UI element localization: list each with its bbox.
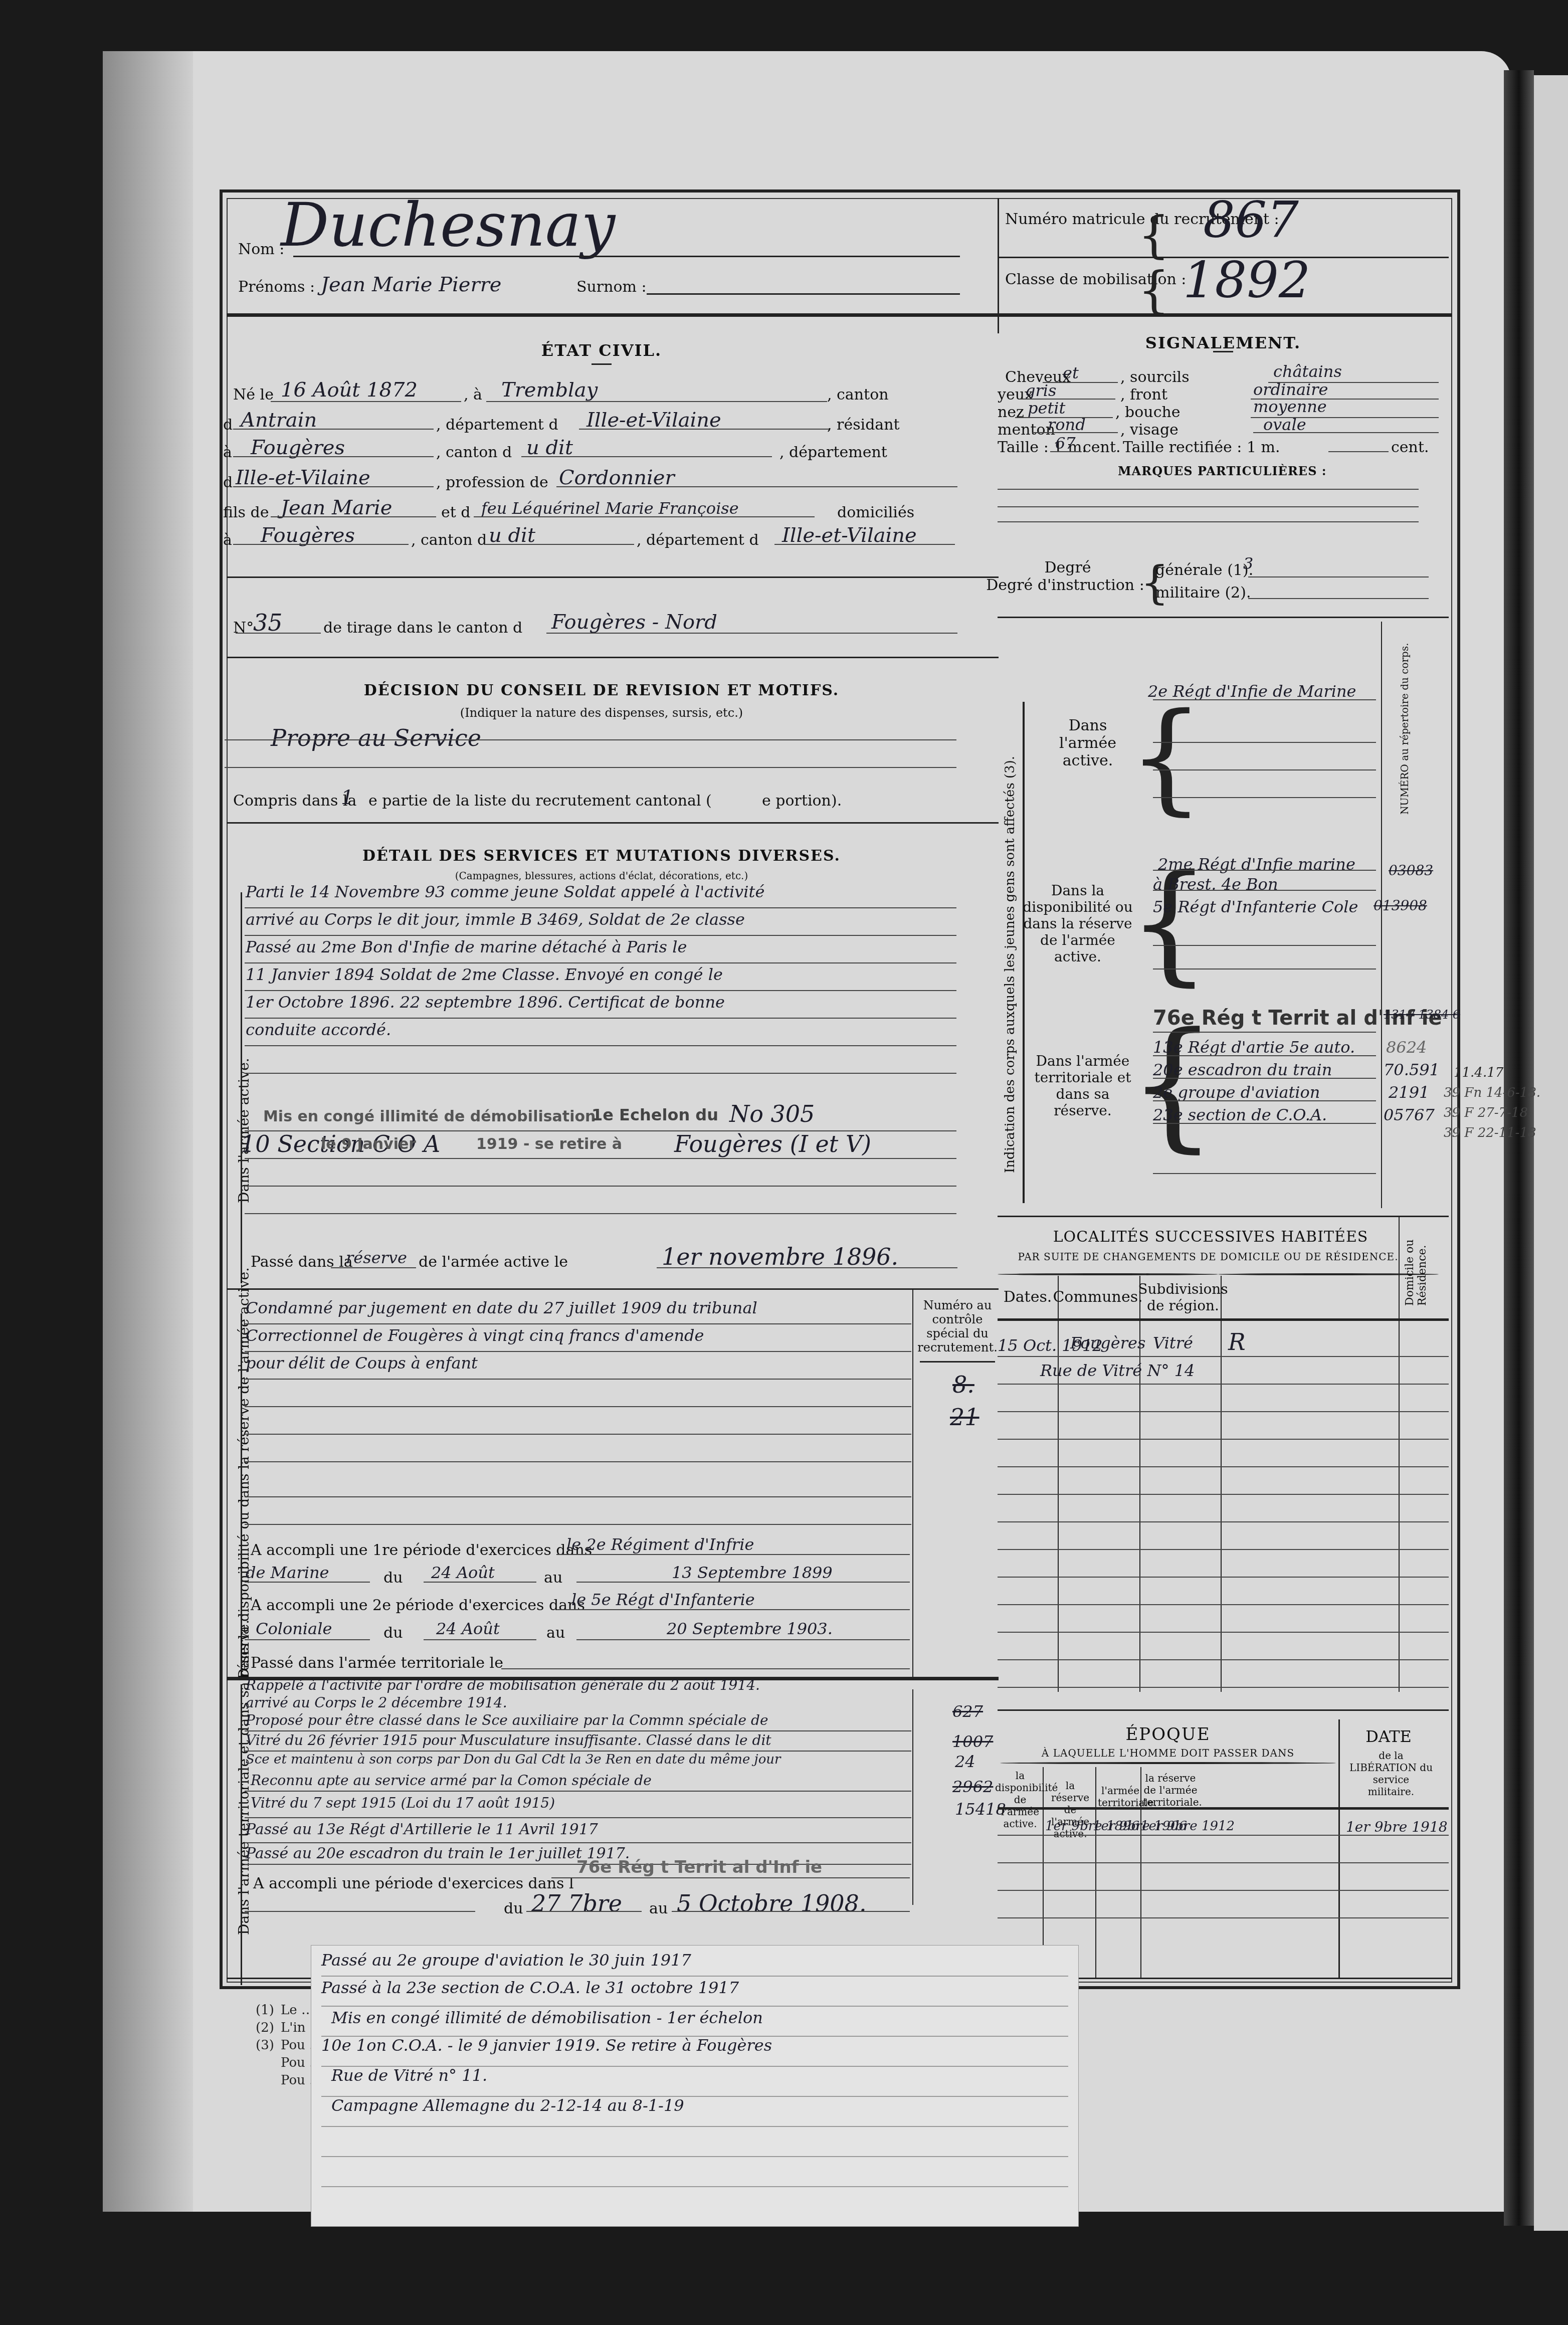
compris-middle: e partie de la liste du recrutement cant… xyxy=(368,792,712,810)
slip-line-1: Passé au 2e groupe d'aviation le 30 juin… xyxy=(321,1951,691,1970)
terr-line-text-1: Rappelé à l'activité par l'ordre de mobi… xyxy=(246,1677,760,1693)
taille-underline xyxy=(1050,451,1080,452)
loc-row-rule-4 xyxy=(998,1439,1449,1440)
terr-numero-3: 70.591 xyxy=(1384,1060,1440,1079)
epoque-rule-1 xyxy=(998,1835,1449,1836)
canton3-underline xyxy=(484,544,634,545)
terr-controle-divider xyxy=(912,1689,913,1905)
departement-underline xyxy=(579,429,830,430)
canton2-underline xyxy=(521,456,772,457)
localites-header-rule xyxy=(998,1318,1449,1321)
tirage-no-value: 35 xyxy=(253,609,283,636)
terr-line-6 xyxy=(1153,1173,1376,1174)
prenoms-label: Prénoms : xyxy=(238,278,315,296)
dispo-line-1 xyxy=(1153,870,1376,871)
controle-value-2: 21 xyxy=(950,1404,979,1431)
loc-row-rule-2 xyxy=(998,1384,1449,1385)
armee-active-line-2 xyxy=(1153,742,1376,743)
departement2-d-label: d xyxy=(223,474,233,491)
terr-rule-4 xyxy=(245,1817,911,1818)
dispo-rule-1 xyxy=(245,1323,911,1324)
canton-label: , canton xyxy=(827,386,889,404)
slip-line-2: Passé à la 23e section de C.O.A. le 31 o… xyxy=(321,1978,739,1997)
page-shadow xyxy=(103,51,193,2212)
periode2-value2: Coloniale xyxy=(256,1619,332,1638)
terr-rule-5 xyxy=(245,1842,911,1843)
domicilies-label: domiciliés xyxy=(837,504,914,521)
dispo-numero-3: 013908 xyxy=(1374,897,1427,914)
dispo-entry-2: à Brest. 4e Bon xyxy=(1153,875,1278,894)
passe-reserve-underline xyxy=(331,1267,416,1268)
tirage-canton-label: de tirage dans le canton d xyxy=(323,619,522,637)
armee-active-brace: { xyxy=(1128,687,1205,827)
sourcils-label: , sourcils xyxy=(1120,368,1190,386)
controle-divider xyxy=(912,1288,913,1679)
col-domicile: Domicile ou Résidence. xyxy=(1404,1216,1429,1306)
epoque-col-reserve-terr: la réserve de l'armée territoriale. xyxy=(1143,1772,1198,1808)
terr-line-4 xyxy=(1153,1100,1376,1101)
taille-rect-label: Taille rectifiée : 1 m. xyxy=(1123,439,1280,456)
compris-prefix: Compris dans la xyxy=(233,792,356,810)
a-underline xyxy=(486,401,827,402)
nez-label: nez xyxy=(998,404,1024,421)
epoque-rule-2 xyxy=(998,1862,1449,1863)
decision-line-2 xyxy=(225,767,956,768)
tirage-bottom-rule xyxy=(227,657,999,658)
periode1-au: au xyxy=(544,1569,562,1587)
services-line-3: Passé au 2me Bon d'Infie de marine détac… xyxy=(246,937,687,956)
book-gutter xyxy=(1504,70,1534,2226)
front-value: ordinaire xyxy=(1253,380,1328,399)
periode2-du: du xyxy=(383,1624,403,1642)
terr-line-text-4: Vitré du 26 février 1915 pour Musculatur… xyxy=(246,1732,771,1749)
next-page-edge xyxy=(1534,75,1568,2231)
terr-periode-to: 5 Octobre 1908. xyxy=(677,1890,867,1917)
ne-le-value: 16 Août 1872 xyxy=(281,378,418,402)
terr-rule-1 xyxy=(245,1730,911,1731)
loc-row-rule-10 xyxy=(998,1604,1449,1605)
services-line-1: Parti le 14 Novembre 93 comme jeune Sold… xyxy=(246,882,764,901)
compris-value: 1 xyxy=(341,786,353,809)
periode2-value: le 5e Régt d'Infanterie xyxy=(571,1590,755,1609)
loc-address: Rue de Vitré N° 14 xyxy=(1040,1361,1195,1380)
terr-rule-3 xyxy=(245,1791,911,1792)
cheveux-value: et xyxy=(1063,363,1079,382)
terr-entry-4: 2e groupe d'aviation xyxy=(1153,1083,1320,1102)
loc-row-rule-11 xyxy=(998,1632,1449,1633)
terr-entry-3: 20e escadron du train xyxy=(1153,1060,1332,1079)
epoque-brace xyxy=(1000,1762,1336,1764)
terr-line-text-9: Passé au 20e escadron du train le 1er ju… xyxy=(246,1845,630,1862)
mere-value: feu Léquérinel Marie Françoise xyxy=(481,499,739,518)
localites-brace-left xyxy=(998,1273,1218,1275)
nom-label: Nom : xyxy=(238,241,284,258)
demob-no: No 305 xyxy=(729,1100,815,1127)
liberation-sub: de la LIBÉRATION du service militaire. xyxy=(1348,1750,1434,1798)
loc-row-rule-5 xyxy=(998,1466,1449,1467)
periode2-to: 20 Septembre 1903. xyxy=(667,1619,833,1638)
terr-side-label: Dans l'armée territoriale et dans sa rés… xyxy=(236,1620,252,1935)
decision-title: DÉCISION DU CONSEIL DE REVISION ET MOTIF… xyxy=(364,682,839,699)
loc-row-rule-6 xyxy=(998,1494,1449,1495)
footnote-1-mark: (1) xyxy=(256,2003,274,2018)
etat-civil-bottom-rule xyxy=(227,576,999,578)
marques-line-3 xyxy=(998,521,1419,522)
armee-active-line-1 xyxy=(1153,699,1376,700)
terr-line-text-7: Vitré du 7 sept 1915 (Loi du 17 août 191… xyxy=(251,1795,555,1811)
epoque-col-territoriale: l'armée territoriale. xyxy=(1098,1785,1143,1809)
terr-periode-underline xyxy=(551,1877,910,1878)
loc-row-rule-7 xyxy=(998,1521,1449,1522)
corps-bottom-rule xyxy=(998,1216,1449,1217)
loc-type: R xyxy=(1228,1328,1246,1355)
demob-echelon: 1e Echelon du xyxy=(592,1105,718,1124)
services-title: DÉTAIL DES SERVICES ET MUTATIONS DIVERSE… xyxy=(362,847,841,865)
tirage-no-label: N° xyxy=(233,619,254,637)
taille-value: 67 xyxy=(1055,434,1076,453)
nom-value: Duchesnay xyxy=(281,190,615,260)
dispo-rule-4 xyxy=(245,1406,911,1407)
margin-note-1: 11.4.17 xyxy=(1454,1065,1503,1080)
terr-line-1 xyxy=(1153,1032,1376,1033)
ne-le-label: Né le xyxy=(233,386,274,404)
liberation-value: 1er 9bre 1918 xyxy=(1346,1819,1448,1835)
periode2-from-underline xyxy=(424,1639,536,1640)
services-line-2: arrivé au Corps le dit jour, immle B 346… xyxy=(246,910,745,929)
decision-bottom-rule xyxy=(227,822,999,824)
epoque-header-rule xyxy=(998,1807,1449,1810)
terr-entry-5: 23e section de C.O.A. xyxy=(1153,1105,1327,1124)
decision-value: Propre au Service xyxy=(271,724,481,751)
classe-brace: { xyxy=(1138,261,1170,319)
periode2-label: A accompli une 2e période d'exercices da… xyxy=(251,1597,585,1614)
loc-subdivision: Vitré xyxy=(1153,1333,1193,1352)
localites-title: LOCALITÉS SUCCESSIVES HABITÉES xyxy=(1053,1228,1368,1246)
services-bottom-rule xyxy=(227,1288,999,1290)
surnom-label: Surnom : xyxy=(576,278,647,296)
marques-label: MARQUES PARTICULIÈRES : xyxy=(1118,464,1327,478)
passe-reserve-mid: de l'armée active le xyxy=(419,1253,568,1271)
profession-underline xyxy=(556,486,957,487)
demob-stamp: Mis en congé illimité de démobilisation xyxy=(263,1108,596,1125)
generale-value: 3 xyxy=(1243,554,1253,573)
periode1-from: 24 Août xyxy=(431,1563,495,1582)
services-rule-3 xyxy=(245,962,956,963)
services-rule-7 xyxy=(245,1073,956,1074)
periode1-du: du xyxy=(383,1569,403,1587)
periode1-value2-underline xyxy=(245,1582,370,1583)
menton-value: rond xyxy=(1048,415,1086,434)
periode1-to: 13 Septembre 1899 xyxy=(672,1563,833,1582)
slip-line-3: Mis en congé illimité de démobilisation … xyxy=(331,2008,763,2027)
epoque-subtitle: À LAQUELLE L'HOMME DOIT PASSER DANS xyxy=(1042,1747,1294,1759)
classe-value: 1892 xyxy=(1183,251,1311,309)
matricule-brace: { xyxy=(1138,206,1170,264)
taille-rect-underline xyxy=(1328,451,1389,452)
terr-periode-from-underline xyxy=(526,1911,642,1912)
matricule-value: 867 xyxy=(1203,190,1299,249)
periode1-from-underline xyxy=(424,1582,536,1583)
marques-line-1 xyxy=(998,489,1419,490)
mere-underline xyxy=(474,516,815,517)
localites-bottom-rule xyxy=(998,1709,1449,1711)
slip-rule xyxy=(321,1976,1068,1977)
services-rule-11 xyxy=(245,1213,956,1214)
loc-row-rule-8 xyxy=(998,1549,1449,1550)
departement2-label: , département xyxy=(779,444,887,461)
demob-line2-place: Fougères (I et V) xyxy=(674,1130,871,1157)
armee-active-line-4 xyxy=(1153,797,1376,798)
domicile-underline xyxy=(233,544,409,545)
surnom-underline xyxy=(647,293,960,295)
canton-d-label: d xyxy=(223,416,233,434)
numero-label: NUMÉRO au répertoire du corps. xyxy=(1399,643,1411,815)
dispo-entry-3: 5e Régt d'Infanterie Cole xyxy=(1153,897,1358,916)
dispo-rule-5 xyxy=(245,1434,911,1435)
terr-controle-4: 2962 xyxy=(952,1777,993,1796)
dispo-rule-2 xyxy=(245,1351,911,1352)
passe-territoriale-underline xyxy=(501,1668,910,1669)
instruction-bottom-rule xyxy=(998,617,1449,618)
dispo-entry-1: 2me Régt d'Infie marine xyxy=(1158,855,1355,874)
margin-note-2: 39 Fn 14-6-18. xyxy=(1444,1085,1540,1100)
passe-reserve-date-underline xyxy=(657,1267,957,1268)
pasted-slip: Passé au 2e groupe d'aviation le 30 juin… xyxy=(311,1945,1079,2227)
dispo-line-2 xyxy=(1153,890,1376,891)
canton-underline xyxy=(233,429,434,430)
terr-controle-3: 24 xyxy=(955,1752,975,1771)
services-rule-10 xyxy=(245,1186,956,1187)
col-subdivisions: Subdivisions de région. xyxy=(1138,1281,1228,1314)
terr-controle-1: 627 xyxy=(952,1702,983,1721)
epoque-col-2 xyxy=(1095,1767,1096,1978)
terr-periode-to-underline xyxy=(672,1911,910,1912)
controle-label: Numéro au contrôle spécial du recrutemen… xyxy=(917,1298,998,1354)
periode2-value2-underline xyxy=(245,1639,370,1640)
loc-row-rule-13 xyxy=(998,1687,1449,1688)
instruction-label-1: Degré xyxy=(1044,559,1091,576)
liberation-title: DATE xyxy=(1365,1727,1412,1746)
terr-numero-4: 2191 xyxy=(1389,1083,1429,1102)
instruction-label: Degré d'instruction : xyxy=(986,576,1144,594)
services-line-4: 11 Janvier 1894 Soldat de 2me Classe. En… xyxy=(246,965,723,984)
loc-row-rule-3 xyxy=(998,1411,1449,1412)
periode1-underline xyxy=(556,1554,910,1555)
taille-rect-cent: cent. xyxy=(1391,439,1429,456)
epoque-col-4 xyxy=(1338,1719,1340,1978)
slip-rule xyxy=(321,2156,1068,2157)
epoque-col-dispo: la disponibilité de l'armée active. xyxy=(995,1770,1045,1830)
loc-row-rule-1 xyxy=(998,1356,1449,1357)
residant-underline xyxy=(233,456,434,457)
terr-controle-2: 1007 xyxy=(952,1732,993,1751)
passe-reserve-value: réserve xyxy=(346,1248,407,1267)
localites-col-3 xyxy=(1221,1276,1222,1692)
residant-a-label: à xyxy=(223,444,232,461)
controle-value-1: 8. xyxy=(952,1371,974,1398)
terr-periode-stamp: 76e Rég t Territ al d'Inf ie xyxy=(576,1857,822,1877)
taille-cent: cent. xyxy=(1083,439,1120,456)
terr-rule-2 xyxy=(245,1751,911,1752)
bouche-label: , bouche xyxy=(1115,404,1181,421)
terr-line-text-2: arrivé au Corps le 2 décembre 1914. xyxy=(246,1694,507,1711)
marques-line-2 xyxy=(998,506,1419,507)
sourcils-value: châtains xyxy=(1273,362,1342,381)
controle-rule xyxy=(920,1361,995,1363)
et-de-label: et d xyxy=(441,504,471,521)
visage-underline xyxy=(1253,432,1439,433)
militaire-underline xyxy=(1248,598,1429,599)
menton-label: menton xyxy=(998,421,1055,439)
decision-subtitle: (Indiquer la nature des dispenses, sursi… xyxy=(460,706,743,720)
periode1-value2: de Marine xyxy=(246,1563,329,1582)
col-dates: Dates. xyxy=(1004,1288,1052,1306)
profession-label: , profession de xyxy=(436,474,548,491)
slip-line-5: Rue de Vitré n° 11. xyxy=(331,2066,487,2085)
dispo-line-text-3: pour délit de Coups à enfant xyxy=(246,1353,478,1373)
dispo-numero-2: 03083 xyxy=(1389,862,1433,879)
periode2-au: au xyxy=(546,1624,565,1642)
terr-periode-du: du xyxy=(504,1900,523,1917)
services-subtitle: (Campagnes, blessures, actions d'éclat, … xyxy=(455,870,748,882)
signalement-dash xyxy=(1213,351,1233,352)
dispo-rule-7 xyxy=(245,1496,911,1497)
terr-periode-au: au xyxy=(649,1900,668,1917)
terr-side-rule xyxy=(241,1684,242,1985)
tirage-no-underline xyxy=(236,633,321,634)
terr-periode-label: A accompli une période d'exercices dans … xyxy=(253,1875,574,1892)
terr-line-text-3: Proposé pour être classé dans le Sce aux… xyxy=(246,1712,768,1728)
a-value: Tremblay xyxy=(501,378,598,402)
slip-line-4: 10e 1on C.O.A. - le 9 janvier 1919. Se r… xyxy=(321,2036,772,2055)
disponibilite-label: Dans la disponibilité ou dans la réserve… xyxy=(1018,882,1138,965)
slip-rule xyxy=(321,2126,1068,2127)
visage-label: , visage xyxy=(1120,421,1179,439)
periode1-to-underline xyxy=(576,1582,910,1583)
services-rule-5 xyxy=(245,1018,956,1019)
ne-le-underline xyxy=(271,401,461,402)
tirage-canton-underline xyxy=(546,633,957,634)
services-line-5: 1er Octobre 1896. 22 septembre 1896. Cer… xyxy=(246,993,725,1012)
militaire-label: militaire (2). xyxy=(1155,584,1251,602)
bouche-value: moyenne xyxy=(1253,397,1327,416)
col-communes: Communes. xyxy=(1053,1288,1142,1306)
terr-numero-2: 8624 xyxy=(1386,1038,1427,1057)
departement2-underline xyxy=(233,486,434,487)
services-rule-4 xyxy=(245,990,956,991)
localites-col-4 xyxy=(1399,1216,1400,1692)
terr-periode-from: 27 7bre xyxy=(531,1890,622,1917)
terr-entry-2: 13e Régt d'artie 5e auto. xyxy=(1153,1038,1355,1057)
margin-note-3: 39 F 27-7-18. xyxy=(1444,1105,1532,1120)
terr-line-text-5: Sce et maintenu à son corps par Don du G… xyxy=(246,1752,780,1767)
dispo-rule-8 xyxy=(245,1524,911,1525)
dispo-rule-3 xyxy=(245,1379,911,1380)
epoque-rule-3 xyxy=(998,1890,1449,1891)
pere-underline xyxy=(271,516,436,517)
visage-value: ovale xyxy=(1263,415,1306,434)
signalement-title: SIGNALEMENT. xyxy=(1145,333,1301,352)
periode2-underline xyxy=(556,1609,910,1610)
etat-civil-title: ÉTAT CIVIL. xyxy=(541,341,662,360)
periode2-from: 24 Août xyxy=(436,1619,500,1638)
loc-row-rule-12 xyxy=(998,1659,1449,1660)
armee-active-entry: 2e Régt d'Infie de Marine xyxy=(1148,682,1356,701)
periode1-label: A accompli une 1re période d'exercices d… xyxy=(251,1541,592,1559)
menton-underline xyxy=(1033,432,1118,433)
services-rule-9 xyxy=(245,1158,956,1159)
epoque-rule-4 xyxy=(998,1917,1449,1918)
corps-side-label: Indication des corps auxquels les jeunes… xyxy=(1003,756,1018,1173)
terr-line-5 xyxy=(1153,1123,1376,1124)
prenoms-value: Jean Marie Pierre xyxy=(321,273,501,296)
periode1-value: le 2e Régiment d'Infrie xyxy=(566,1535,754,1554)
yeux-value: gris xyxy=(1025,381,1056,400)
dispo-line-text-1: Condamné par jugement en date du 27 juil… xyxy=(246,1298,757,1317)
epoque-title: ÉPOQUE xyxy=(1126,1724,1211,1745)
fils-de-label: fils de xyxy=(223,504,269,521)
passe-reserve-date: 1er novembre 1896. xyxy=(662,1243,898,1270)
residant-label: , résidant xyxy=(827,416,900,434)
footnote-2-mark: (2) xyxy=(256,2020,274,2035)
territoriale-label: Dans l'armée territoriale et dans sa rés… xyxy=(1033,1053,1133,1119)
dispo-line-4 xyxy=(1153,968,1376,970)
generale-label: générale (1). xyxy=(1155,561,1253,579)
armee-active-label: Dans l'armée active. xyxy=(1048,717,1128,769)
canton3-label: , canton d xyxy=(411,531,487,549)
header-bottom-rule xyxy=(227,313,1452,317)
periode2-to-underline xyxy=(576,1639,910,1640)
departement-label: , département d xyxy=(436,416,558,434)
passe-territoriale-label: Passé dans l'armée territoriale le xyxy=(251,1654,503,1672)
margin-note-4: 39 F 22-11-18 xyxy=(1444,1125,1536,1140)
a-label: , à xyxy=(464,386,482,404)
dispo-line-text-2: Correctionnel de Fougères à vingt cinq f… xyxy=(246,1326,704,1345)
dispo-line-3 xyxy=(1153,945,1376,946)
domicile-a-label: à xyxy=(223,531,232,549)
numero-column-divider xyxy=(1381,622,1382,1208)
generale-underline xyxy=(1248,576,1429,577)
footnote-3-mark: (3) xyxy=(256,2038,274,2053)
loc-row-rule-9 xyxy=(998,1577,1449,1578)
terr-numero-5: 05767 xyxy=(1384,1105,1435,1124)
terr-periode-blank xyxy=(245,1911,475,1912)
tirage-canton-value: Fougères - Nord xyxy=(551,611,717,634)
decision-line-1 xyxy=(225,739,956,740)
loc-commune: Fougères xyxy=(1070,1333,1145,1352)
localites-subtitle: PAR SUITE DE CHANGEMENTS DE DOMICILE OU … xyxy=(1018,1251,1399,1263)
slip-rule xyxy=(321,2186,1068,2187)
departement3-underline xyxy=(774,544,955,545)
slip-rule xyxy=(321,2006,1068,2007)
departement3-label: , département d xyxy=(637,531,759,549)
armee-active-line-3 xyxy=(1153,769,1376,770)
nom-underline xyxy=(293,256,960,257)
terr-line-2 xyxy=(1153,1055,1376,1056)
title-dash xyxy=(592,363,612,365)
services-rule-2 xyxy=(245,935,956,936)
canton2-label: , canton d xyxy=(436,444,512,461)
epoque-value-reserve-terr: 1er 9bre 1912 xyxy=(1140,1819,1235,1834)
services-rule-1 xyxy=(245,907,956,908)
demob-line2-year: 1919 - se retire à xyxy=(476,1135,622,1153)
services-rule-6 xyxy=(245,1045,956,1046)
slip-line-6: Campagne Allemagne du 2-12-14 au 8-1-19 xyxy=(331,2096,684,2115)
demob-line2-le: le 9 Janvier xyxy=(321,1135,416,1153)
dispo-rule-6 xyxy=(245,1461,911,1462)
terr-line-text-8: Passé au 13e Régt d'Artillerie le 11 Avr… xyxy=(246,1821,598,1838)
front-label: , front xyxy=(1120,386,1167,404)
